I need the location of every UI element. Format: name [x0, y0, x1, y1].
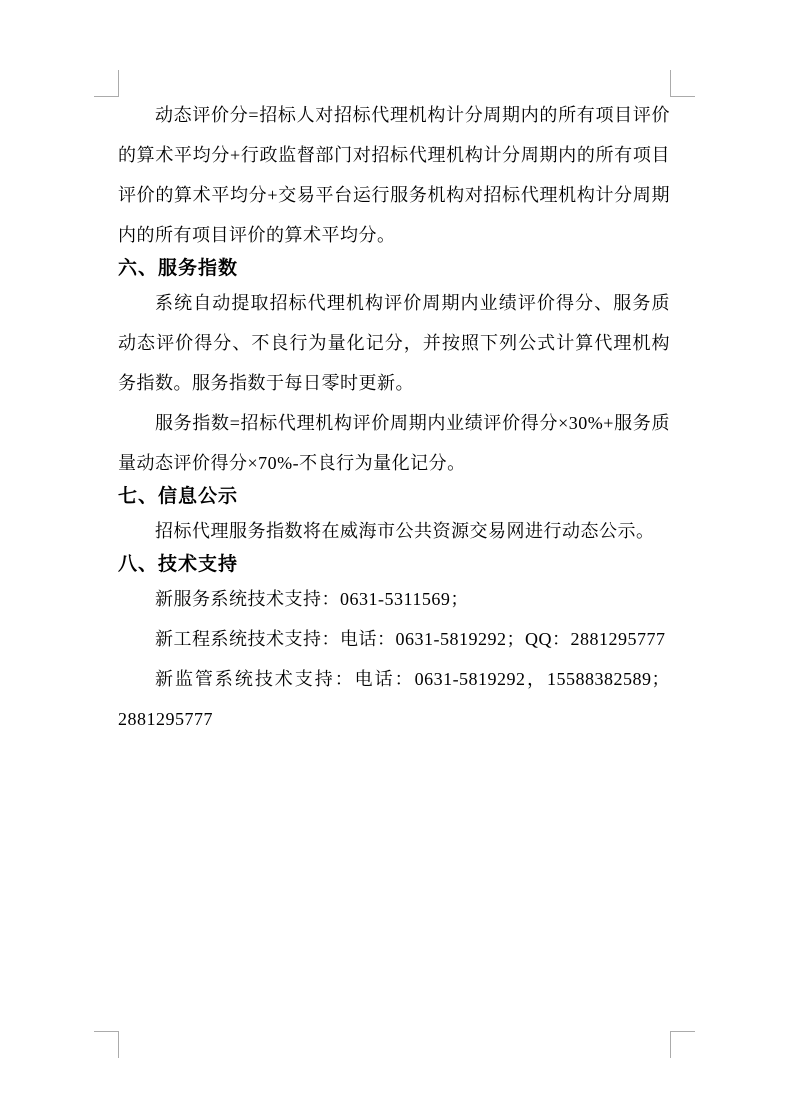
paragraph-line: 量动态评价得分×70%-不良行为量化记分。: [118, 443, 670, 483]
heading-section-eight-tech-support: 八、技术支持: [118, 551, 670, 579]
paragraph-support-service-system: 新服务系统技术支持：0631-5311569；: [118, 579, 670, 619]
paragraph-info-publicity: 招标代理服务指数将在威海市公共资源交易网进行动态公示。: [118, 511, 670, 551]
paragraph-line: 动态评价得分、不良行为量化记分，并按照下列公式计算代理机构服: [118, 323, 670, 363]
margin-mark-top-left: [94, 70, 119, 97]
paragraph-line: 新监管系统技术支持：电话：0631-5819292，15588382589；QQ…: [118, 659, 670, 699]
document-page: 动态评价分=招标人对招标代理机构计分周期内的所有项目评价 的算术平均分+行政监督…: [0, 0, 789, 1116]
paragraph-line: 2881295777: [118, 699, 670, 739]
paragraph-line: 服务指数=招标代理机构评价周期内业绩评价得分×30%+服务质: [118, 403, 670, 443]
paragraph-line: 的算术平均分+行政监督部门对招标代理机构计分周期内的所有项目: [118, 135, 670, 175]
heading-section-seven-info-publicity: 七、信息公示: [118, 483, 670, 511]
paragraph-support-engineering-system: 新工程系统技术支持：电话：0631-5819292；QQ：2881295777: [118, 619, 670, 659]
paragraph-line: 务指数。服务指数于每日零时更新。: [118, 363, 670, 403]
paragraph-line: 新服务系统技术支持：0631-5311569；: [118, 579, 670, 619]
paragraph-line: 评价的算术平均分+交易平台运行服务机构对招标代理机构计分周期: [118, 175, 670, 215]
paragraph-line: 系统自动提取招标代理机构评价周期内业绩评价得分、服务质量: [118, 283, 670, 323]
margin-mark-bottom-right: [670, 1031, 695, 1058]
paragraph-line: 招标代理服务指数将在威海市公共资源交易网进行动态公示。: [118, 511, 670, 551]
paragraph-line: 内的所有项目评价的算术平均分。: [118, 215, 670, 255]
margin-mark-bottom-left: [94, 1031, 119, 1058]
paragraph-line: 动态评价分=招标人对招标代理机构计分周期内的所有项目评价: [118, 95, 670, 135]
paragraph-dynamic-score: 动态评价分=招标人对招标代理机构计分周期内的所有项目评价 的算术平均分+行政监督…: [118, 95, 670, 255]
paragraph-service-index-formula: 服务指数=招标代理机构评价周期内业绩评价得分×30%+服务质 量动态评价得分×7…: [118, 403, 670, 483]
margin-mark-top-right: [670, 70, 695, 97]
paragraph-service-index-intro: 系统自动提取招标代理机构评价周期内业绩评价得分、服务质量 动态评价得分、不良行为…: [118, 283, 670, 403]
paragraph-line: 新工程系统技术支持：电话：0631-5819292；QQ：2881295777: [118, 619, 670, 659]
document-content: 动态评价分=招标人对招标代理机构计分周期内的所有项目评价 的算术平均分+行政监督…: [118, 95, 670, 739]
paragraph-support-supervision-system: 新监管系统技术支持：电话：0631-5819292，15588382589；QQ…: [118, 659, 670, 739]
heading-section-six-service-index: 六、服务指数: [118, 255, 670, 283]
